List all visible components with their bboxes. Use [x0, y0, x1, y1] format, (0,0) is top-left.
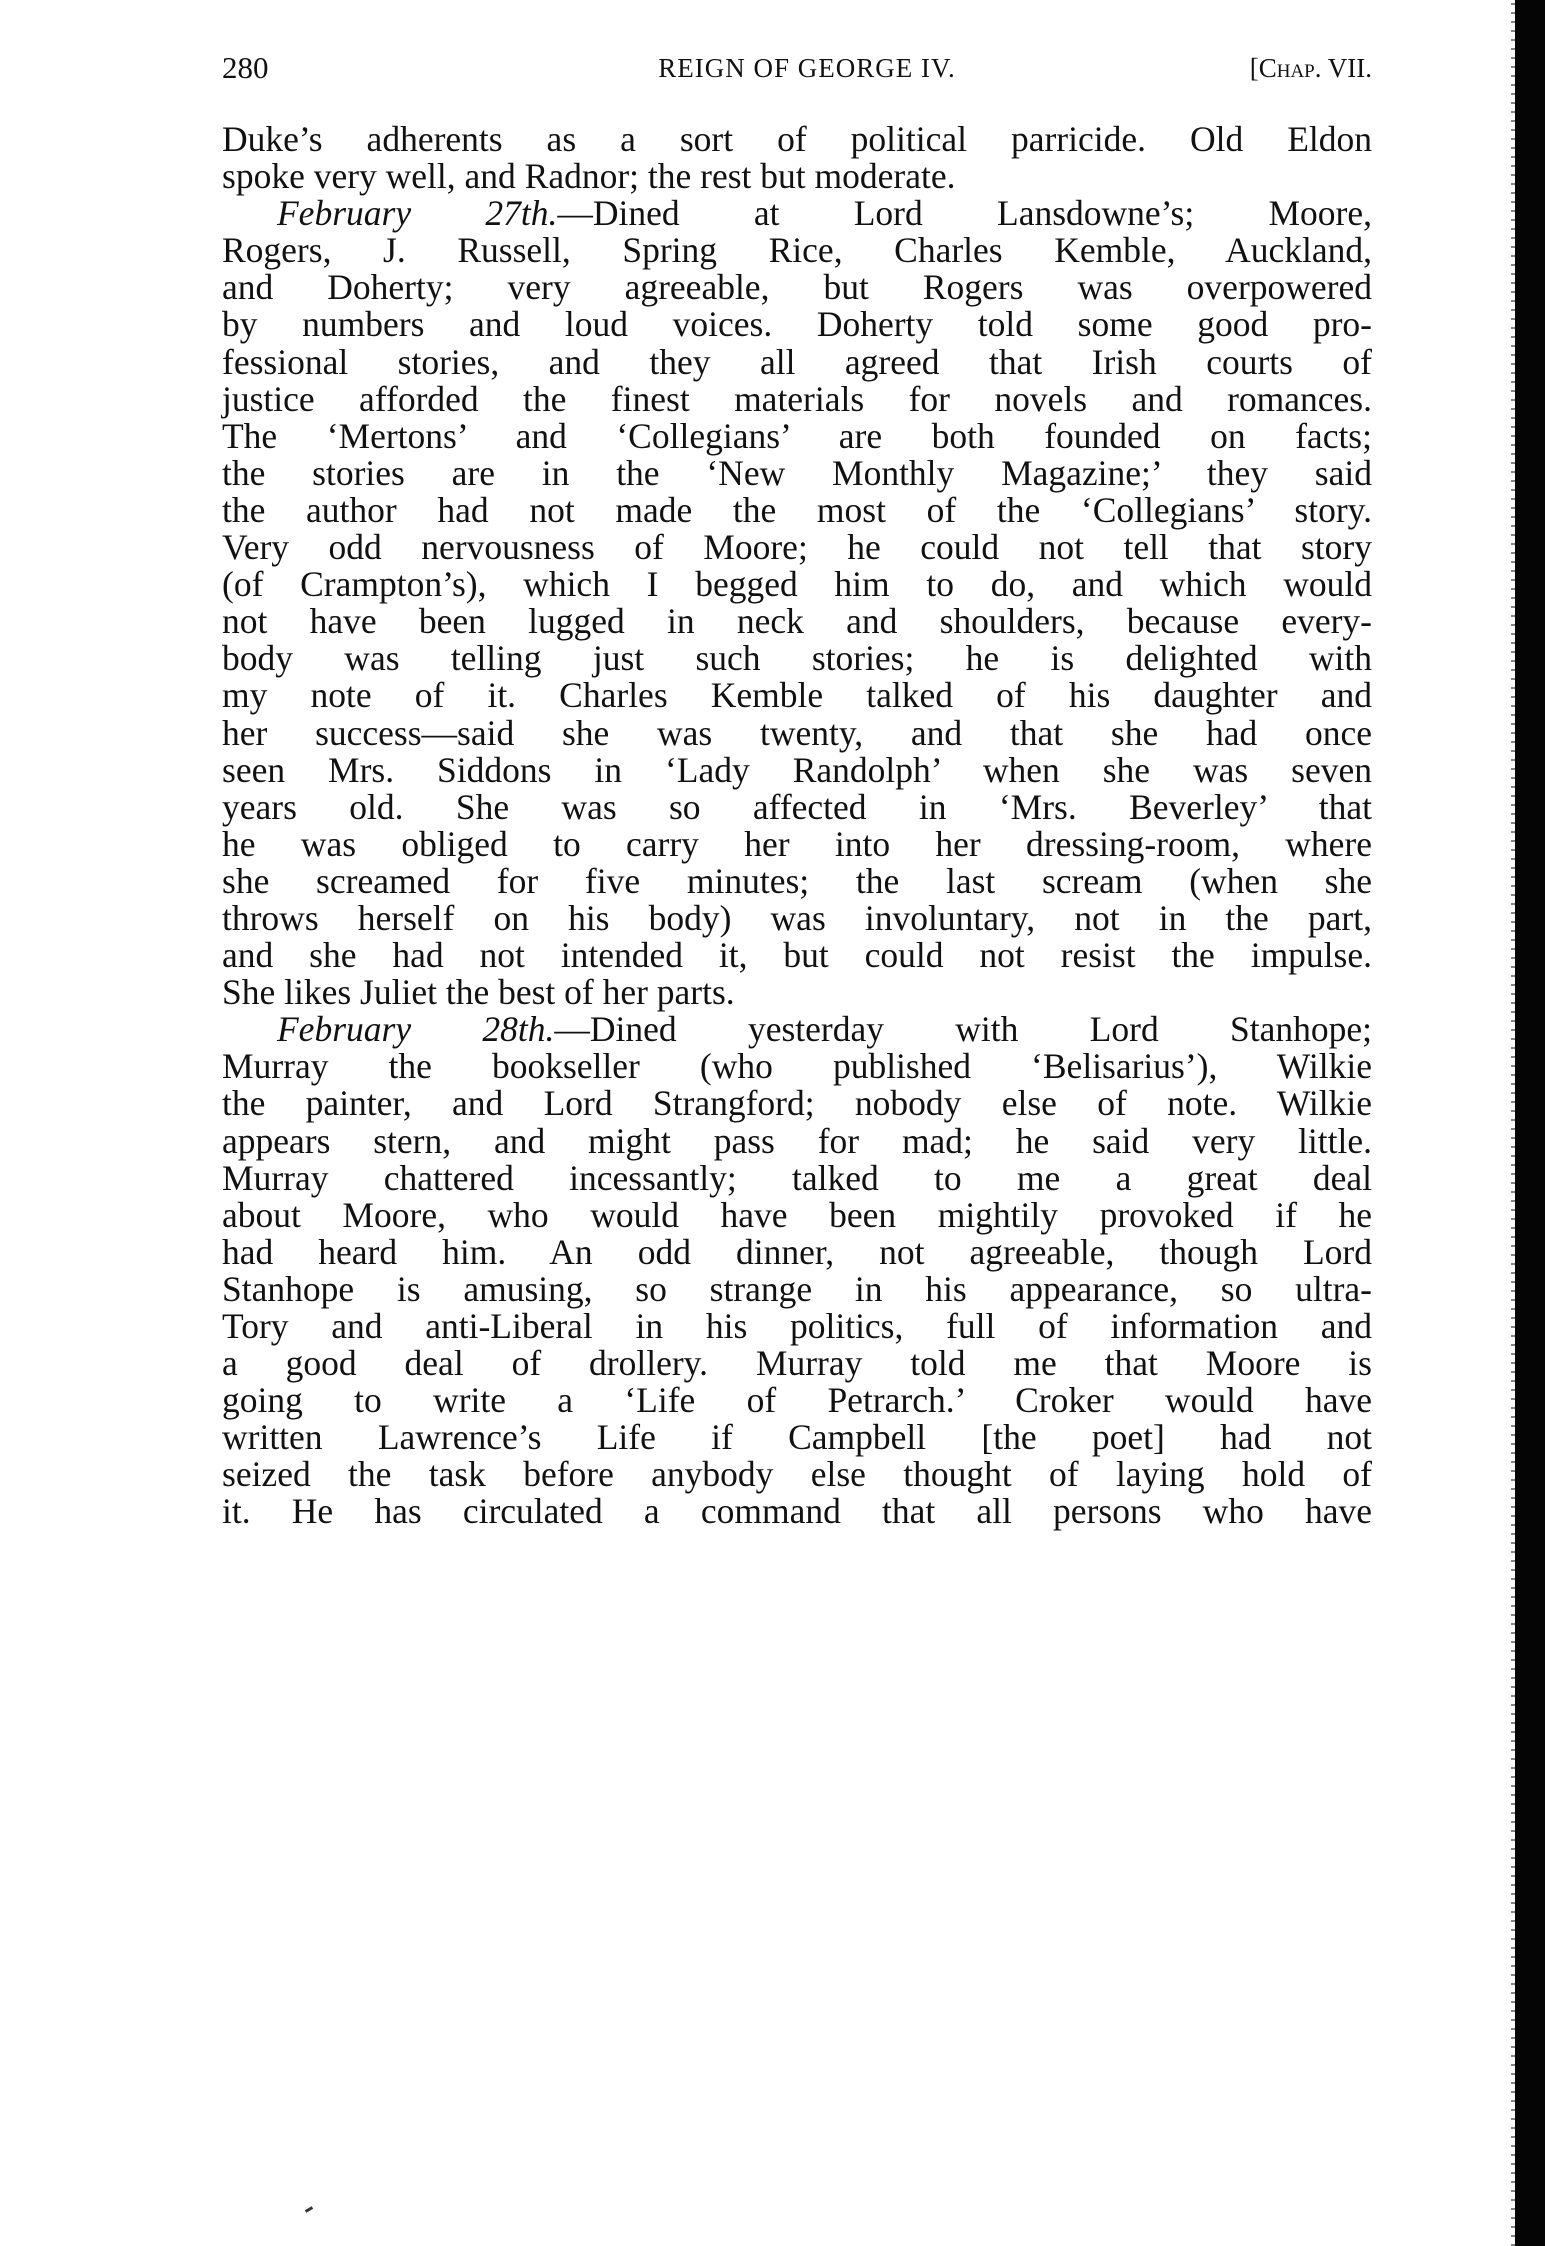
text-line: my note of it. Charles Kemble talked of … — [222, 677, 1372, 714]
running-head: 280 REIGN OF GEORGE IV. [Chap. VII. — [222, 48, 1372, 88]
text-line: body was telling just such stories; he i… — [222, 640, 1372, 677]
text-line: had heard him. An odd dinner, not agreea… — [222, 1234, 1372, 1271]
text-line: her success—said she was twenty, and tha… — [222, 715, 1372, 752]
text-line: written Lawrence’s Life if Campbell [the… — [222, 1419, 1372, 1456]
text-line: years old. She was so affected in ‘Mrs. … — [222, 789, 1372, 826]
text-line: fessional stories, and they all agreed t… — [222, 344, 1372, 381]
diary-entry-heading-line: February 27th.—Dined at Lord Lansdowne’s… — [222, 195, 1372, 232]
text-line: Duke’s adherents as a sort of political … — [222, 121, 1372, 158]
text-line: throws herself on his body) was involunt… — [222, 900, 1372, 937]
chapter-bracket: [ — [1250, 53, 1259, 83]
chapter-number: VII. — [1328, 53, 1372, 83]
text-line: by numbers and loud voices. Doherty told… — [222, 306, 1372, 343]
text-line: justice afforded the finest materials fo… — [222, 381, 1372, 418]
text-line: about Moore, who would have been mightil… — [222, 1197, 1372, 1234]
chapter-label: [Chap. VII. — [1250, 48, 1372, 88]
text-line: the author had not made the most of the … — [222, 492, 1372, 529]
body-text: Duke’s adherents as a sort of political … — [222, 121, 1372, 1531]
text-line: spoke very well, and Radnor; the rest bu… — [222, 158, 1372, 195]
text-line: She likes Juliet the best of her parts. — [222, 974, 1372, 1011]
text-line: The ‘Mertons’ and ‘Collegians’ are both … — [222, 418, 1372, 455]
text-line: and she had not intended it, but could n… — [222, 937, 1372, 974]
binding-strip — [1515, 0, 1545, 2246]
text-line: going to write a ‘Life of Petrarch.’ Cro… — [222, 1382, 1372, 1419]
running-title: REIGN OF GEORGE IV. — [222, 48, 1372, 88]
diary-entry-heading-line: February 28th.—Dined yesterday with Lord… — [222, 1011, 1372, 1048]
text-line: and Doherty; very agreeable, but Rogers … — [222, 269, 1372, 306]
text-line: (of Crampton’s), which I begged him to d… — [222, 566, 1372, 603]
text-line: Stanhope is amusing, so strange in his a… — [222, 1271, 1372, 1308]
text-line: Murray chattered incessantly; talked to … — [222, 1160, 1372, 1197]
text-line: a good deal of drollery. Murray told me … — [222, 1345, 1372, 1382]
text-line: seized the task before anybody else thou… — [222, 1456, 1372, 1493]
text-line: appears stern, and might pass for mad; h… — [222, 1123, 1372, 1160]
entry-date: February 27th. — [277, 193, 557, 233]
text-line: the painter, and Lord Strangford; nobody… — [222, 1085, 1372, 1122]
chapter-word: Chap. — [1259, 53, 1322, 83]
text-line: she screamed for five minutes; the last … — [222, 863, 1372, 900]
text-line: the stories are in the ‘New Monthly Maga… — [222, 455, 1372, 492]
entry-date: February 28th. — [277, 1009, 554, 1049]
text-line: not have been lugged in neck and shoulde… — [222, 603, 1372, 640]
text-line: Very odd nervousness of Moore; he could … — [222, 529, 1372, 566]
text-line: seen Mrs. Siddons in ‘Lady Randolph’ whe… — [222, 752, 1372, 789]
text-line: Rogers, J. Russell, Spring Rice, Charles… — [222, 232, 1372, 269]
text-line: Tory and anti-Liberal in his politics, f… — [222, 1308, 1372, 1345]
text-line: he was obliged to carry her into her dre… — [222, 826, 1372, 863]
text-line: Murray the bookseller (who published ‘Be… — [222, 1048, 1372, 1085]
scan-speck — [305, 2206, 313, 2213]
text-line: it. He has circulated a command that all… — [222, 1493, 1372, 1530]
